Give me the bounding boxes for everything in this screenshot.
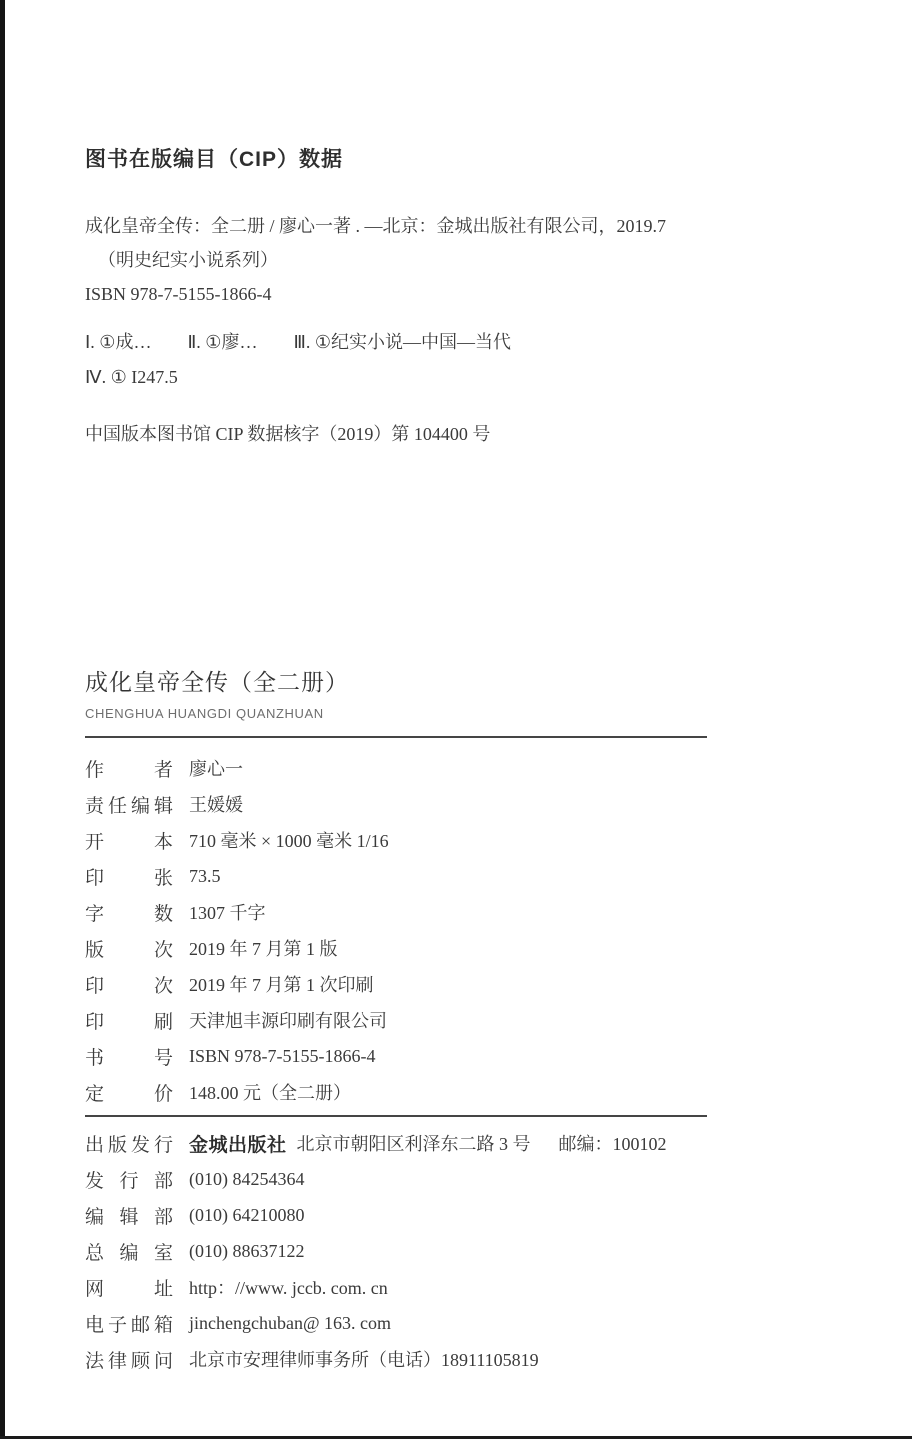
publisher-row-website: 网址 http：//www. jccb. com. cn xyxy=(85,1269,827,1305)
divider-bottom xyxy=(85,1115,707,1117)
publisher-value: (010) 84254364 xyxy=(189,1169,305,1190)
publisher-row-chief-office: 总编室 (010) 88637122 xyxy=(85,1233,827,1269)
cip-classification: Ⅰ. ①成… Ⅱ. ①廖… Ⅲ. ①纪实小说—中国—当代 Ⅳ. ① I247.5 xyxy=(85,325,827,395)
info-label: 开本 xyxy=(85,827,173,854)
info-row-wordcount: 字数 1307 千字 xyxy=(85,894,827,930)
divider-top xyxy=(85,736,707,738)
publisher-label: 法律顾问 xyxy=(85,1346,173,1373)
info-value: ISBN 978-7-5155-1866-4 xyxy=(189,1046,376,1067)
info-label: 作者 xyxy=(85,755,173,782)
info-value: 73.5 xyxy=(189,866,221,887)
book-title-pinyin: CHENGHUA HUANGDI QUANZHUAN xyxy=(85,706,827,721)
publisher-label: 总编室 xyxy=(85,1238,173,1265)
info-value: 天津旭丰源印刷有限公司 xyxy=(189,1007,387,1033)
publisher-row-editorial: 编辑部 (010) 64210080 xyxy=(85,1197,827,1233)
info-label: 定价 xyxy=(85,1079,173,1106)
info-value: 王媛媛 xyxy=(189,791,243,817)
publisher-postal-code: 邮编：100102 xyxy=(559,1130,667,1156)
publisher-email: jinchengchuban@ 163. com xyxy=(189,1313,391,1334)
publisher-label: 电子邮箱 xyxy=(85,1310,173,1337)
publisher-value: 北京市安理律师事务所（电话）18911105819 xyxy=(189,1346,539,1372)
info-row-author: 作者 廖心一 xyxy=(85,750,827,786)
info-row-sheets: 印张 73.5 xyxy=(85,858,827,894)
info-value: 2019 年 7 月第 1 次印刷 xyxy=(189,971,374,997)
info-label: 印刷 xyxy=(85,1007,173,1034)
info-value: 廖心一 xyxy=(189,755,243,781)
cip-block: 图书在版编目（CIP）数据 成化皇帝全传：全二册 / 廖心一著 . —北京：金城… xyxy=(85,143,827,451)
info-label: 字数 xyxy=(85,899,173,926)
info-row-printer: 印刷 天津旭丰源印刷有限公司 xyxy=(85,1002,827,1038)
cip-class-line-1: Ⅰ. ①成… Ⅱ. ①廖… Ⅲ. ①纪实小说—中国—当代 xyxy=(85,325,827,360)
publisher-address: 北京市朝阳区利泽东二路 3 号 xyxy=(297,1130,531,1156)
publisher-value: (010) 64210080 xyxy=(189,1205,305,1226)
info-label: 版次 xyxy=(85,935,173,962)
info-row-isbn: 书号 ISBN 978-7-5155-1866-4 xyxy=(85,1038,827,1074)
info-value: 148.00 元（全二册） xyxy=(189,1079,351,1105)
cip-series-line: （明史纪实小说系列） xyxy=(85,243,827,277)
info-row-impression: 印次 2019 年 7 月第 1 次印刷 xyxy=(85,966,827,1002)
info-row-editor: 责任编辑 王媛媛 xyxy=(85,786,827,822)
cip-header: 图书在版编目（CIP）数据 xyxy=(85,143,827,173)
info-label: 印次 xyxy=(85,971,173,998)
publisher-label: 编辑部 xyxy=(85,1202,173,1229)
info-label: 书号 xyxy=(85,1043,173,1070)
publisher-label: 网址 xyxy=(85,1274,173,1301)
book-title: 成化皇帝全传（全二册） xyxy=(85,664,827,697)
copyright-page: 图书在版编目（CIP）数据 成化皇帝全传：全二册 / 廖心一著 . —北京：金城… xyxy=(0,0,912,1377)
cip-citation-line: 成化皇帝全传：全二册 / 廖心一著 . —北京：金城出版社有限公司，2019.7 xyxy=(85,209,827,243)
publisher-label: 出版发行 xyxy=(85,1130,173,1157)
publisher-row-distribution: 发行部 (010) 84254364 xyxy=(85,1161,827,1197)
info-value: 1307 千字 xyxy=(189,899,266,925)
info-label: 责任编辑 xyxy=(85,791,173,818)
cip-class-line-2: Ⅳ. ① I247.5 xyxy=(85,360,827,395)
publication-info-table: 作者 廖心一 责任编辑 王媛媛 开本 710 毫米 × 1000 毫米 1/16… xyxy=(85,750,827,1117)
page-scan-left-edge xyxy=(0,0,5,1439)
publisher-block: 出版发行 金城出版社 北京市朝阳区利泽东二路 3 号 邮编：100102 发行部… xyxy=(85,1125,827,1377)
publisher-label: 发行部 xyxy=(85,1166,173,1193)
publisher-website-url: http：//www. jccb. com. cn xyxy=(189,1274,388,1300)
cip-registry-line: 中国版本图书馆 CIP 数据核字（2019）第 104400 号 xyxy=(85,417,827,451)
publisher-row-legal: 法律顾问 北京市安理律师事务所（电话）18911105819 xyxy=(85,1341,827,1377)
info-value: 710 毫米 × 1000 毫米 1/16 xyxy=(189,827,389,853)
info-row-format: 开本 710 毫米 × 1000 毫米 1/16 xyxy=(85,822,827,858)
publisher-row-email: 电子邮箱 jinchengchuban@ 163. com xyxy=(85,1305,827,1341)
title-block: 成化皇帝全传（全二册） CHENGHUA HUANGDI QUANZHUAN xyxy=(85,664,827,738)
info-value: 2019 年 7 月第 1 版 xyxy=(189,935,338,961)
publisher-value: (010) 88637122 xyxy=(189,1241,305,1262)
cip-isbn-line: ISBN 978-7-5155-1866-4 xyxy=(85,277,827,311)
publisher-row-publishing: 出版发行 金城出版社 北京市朝阳区利泽东二路 3 号 邮编：100102 xyxy=(85,1125,827,1161)
info-row-price: 定价 148.00 元（全二册） xyxy=(85,1074,827,1110)
info-row-edition: 版次 2019 年 7 月第 1 版 xyxy=(85,930,827,966)
publisher-brand-logo: 金城出版社 xyxy=(189,1130,287,1157)
info-label: 印张 xyxy=(85,863,173,890)
